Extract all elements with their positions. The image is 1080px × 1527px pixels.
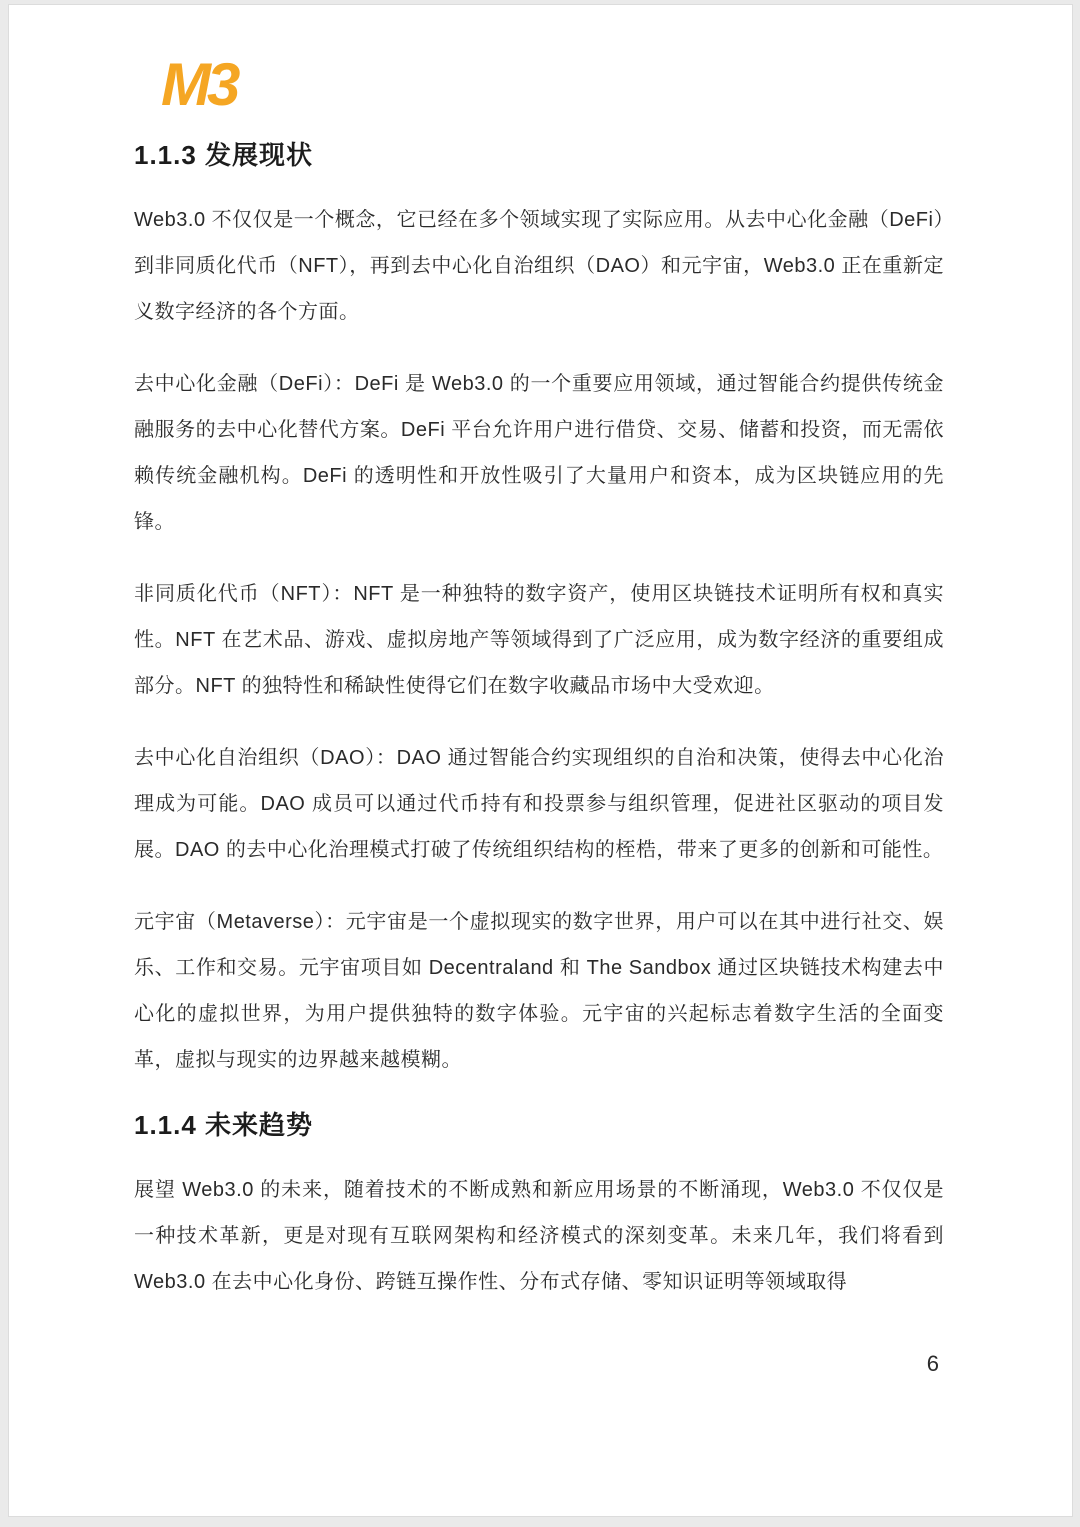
paragraph-dao: 去中心化自治组织（DAO）：DAO 通过智能合约实现组织的自治和决策，使得去中心… bbox=[134, 735, 944, 873]
paragraph-web3-overview: Web3.0 不仅仅是一个概念，它已经在多个领域实现了实际应用。从去中心化金融（… bbox=[134, 197, 944, 335]
paragraph-defi: 去中心化金融（DeFi）：DeFi 是 Web3.0 的一个重要应用领域，通过智… bbox=[134, 361, 944, 545]
page-number: 6 bbox=[134, 1350, 944, 1378]
page-background: M3 1.1.3 发展现状 Web3.0 不仅仅是一个概念，它已经在多个领域实现… bbox=[0, 0, 1080, 1527]
paragraph-nft: 非同质化代币（NFT）：NFT 是一种独特的数字资产，使用区块链技术证明所有权和… bbox=[134, 571, 944, 709]
m3-logo: M3 bbox=[161, 59, 236, 111]
document-page: M3 1.1.3 发展现状 Web3.0 不仅仅是一个概念，它已经在多个领域实现… bbox=[8, 4, 1073, 1517]
paragraph-metaverse: 元宇宙（Metaverse）：元宇宙是一个虚拟现实的数字世界，用户可以在其中进行… bbox=[134, 899, 944, 1083]
section-heading-1-1-3: 1.1.3 发展现状 bbox=[134, 139, 944, 171]
paragraph-future-trends: 展望 Web3.0 的未来，随着技术的不断成熟和新应用场景的不断涌现，Web3.… bbox=[134, 1167, 944, 1305]
section-heading-1-1-4: 1.1.4 未来趋势 bbox=[134, 1109, 944, 1141]
